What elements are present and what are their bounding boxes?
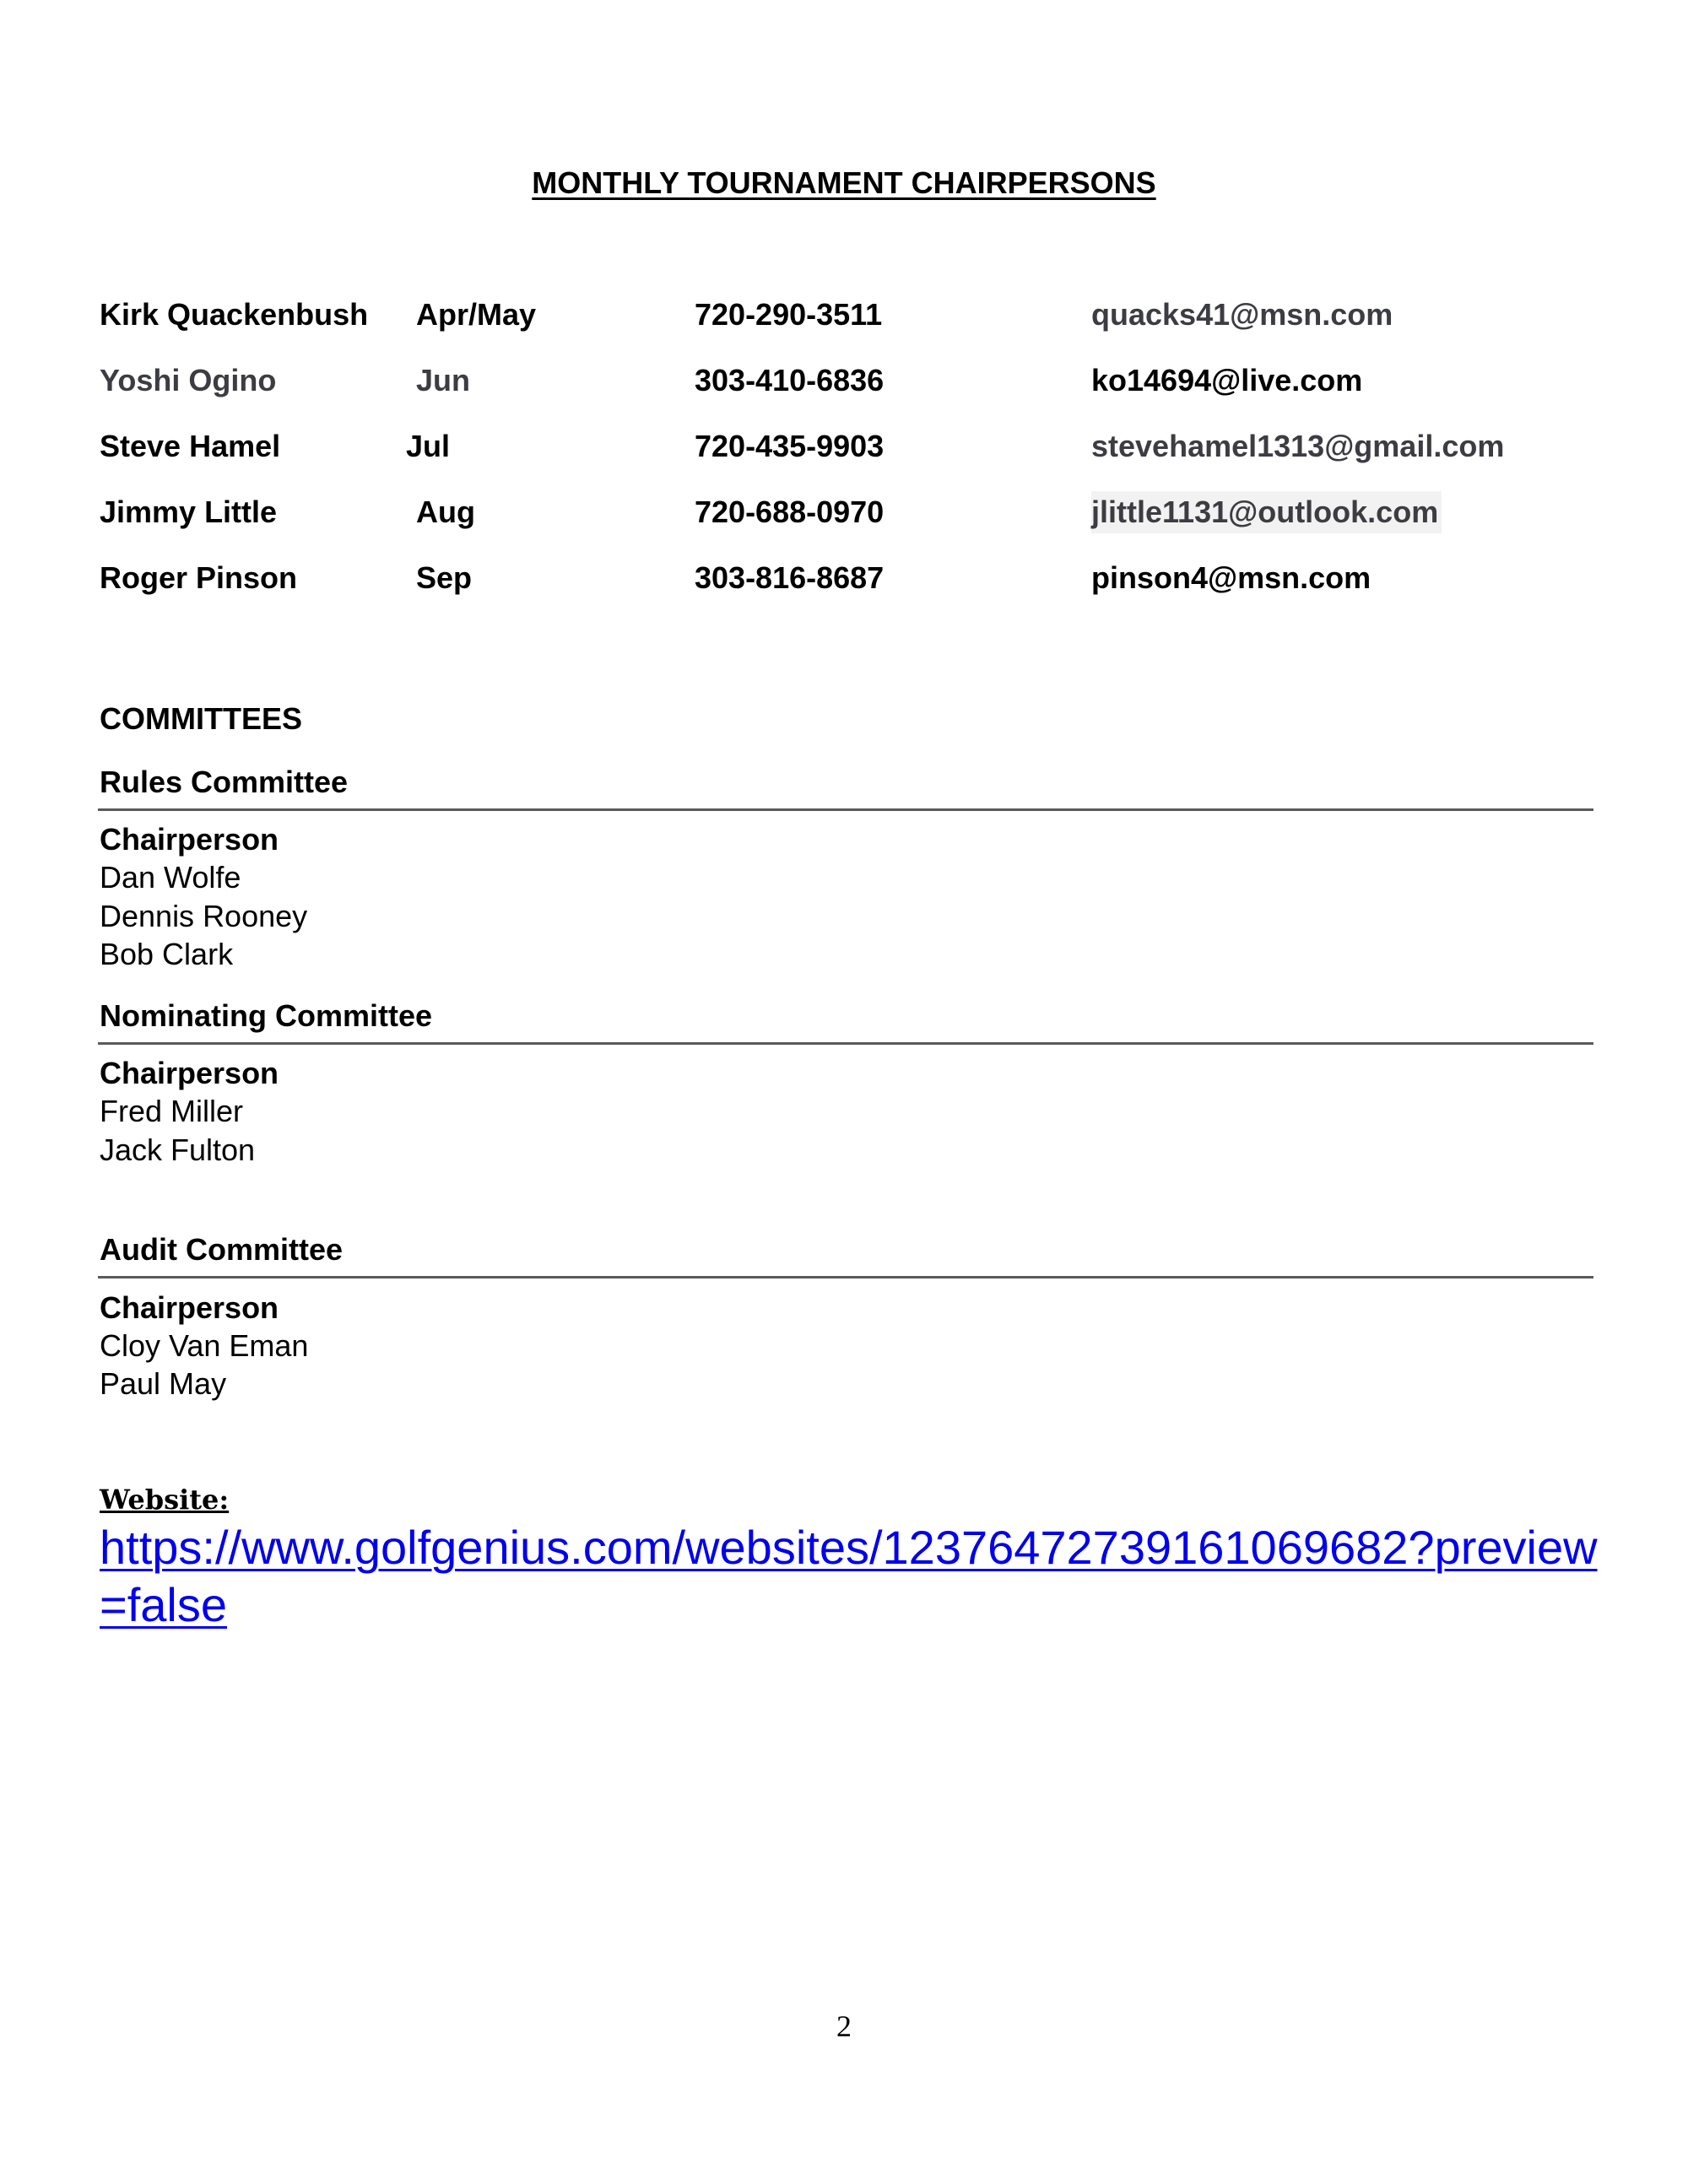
chair-phone: 720-435-9903	[695, 425, 884, 468]
chairperson-label: Chairperson	[100, 822, 279, 857]
chair-phone: 720-688-0970	[695, 491, 884, 533]
divider	[98, 808, 1593, 811]
committee-member: Jack Fulton	[100, 1133, 255, 1168]
divider	[98, 1276, 1593, 1279]
website-link[interactable]: https://www.golfgenius.com/websites/1237…	[100, 1519, 1619, 1634]
chair-email[interactable]: quacks41@msn.com	[1091, 294, 1393, 336]
page-title: MONTHLY TOURNAMENT CHAIRPERSONS	[0, 165, 1688, 201]
committee-name: Audit Committee	[100, 1232, 343, 1268]
chair-month: Sep	[416, 557, 472, 599]
chair-month: Jun	[416, 359, 470, 402]
committee-member: Fred Miller	[100, 1094, 243, 1129]
chair-phone: 720-290-3511	[695, 294, 882, 336]
committee-name: Nominating Committee	[100, 998, 432, 1034]
chair-month: Apr/May	[416, 294, 536, 336]
chair-name: Yoshi Ogino	[100, 359, 276, 402]
committee-name: Rules Committee	[100, 765, 348, 800]
committee-member: Dennis Rooney	[100, 899, 307, 934]
chairperson-row: Roger Pinson Sep 303-816-8687 pinson4@ms…	[0, 557, 1688, 599]
chairperson-row: Kirk Quackenbush Apr/May 720-290-3511 qu…	[0, 294, 1688, 336]
chair-email[interactable]: pinson4@msn.com	[1091, 557, 1371, 599]
committee-member: Dan Wolfe	[100, 860, 241, 895]
page-number: 2	[0, 2008, 1688, 2044]
chair-phone: 303-816-8687	[695, 557, 884, 599]
chair-name: Steve Hamel	[100, 425, 280, 468]
chair-month: Jul	[406, 425, 450, 468]
page-title-text: MONTHLY TOURNAMENT CHAIRPERSONS	[532, 165, 1155, 200]
committee-member: Paul May	[100, 1366, 226, 1402]
chairperson-row: Yoshi Ogino Jun 303-410-6836 ko14694@liv…	[0, 359, 1688, 402]
chair-email[interactable]: jlittle1131@outlook.com	[1091, 491, 1442, 533]
chair-name: Kirk Quackenbush	[100, 294, 368, 336]
chair-month: Aug	[416, 491, 475, 533]
chair-name: Jimmy Little	[100, 491, 277, 533]
chair-email[interactable]: stevehamel1313@gmail.com	[1091, 425, 1504, 468]
committees-heading: COMMITTEES	[100, 701, 302, 737]
chair-email[interactable]: ko14694@live.com	[1091, 359, 1362, 402]
committee-member: Cloy Van Eman	[100, 1328, 308, 1364]
divider	[98, 1042, 1593, 1045]
website-label: Website:	[100, 1484, 229, 1516]
chair-phone: 303-410-6836	[695, 359, 884, 402]
chairperson-label: Chairperson	[100, 1290, 279, 1326]
committee-member: Bob Clark	[100, 937, 233, 972]
chair-name: Roger Pinson	[100, 557, 297, 599]
chairperson-label: Chairperson	[100, 1056, 279, 1091]
chairperson-row: Steve Hamel Jul 720-435-9903 stevehamel1…	[0, 425, 1688, 468]
chairperson-row: Jimmy Little Aug 720-688-0970 jlittle113…	[0, 491, 1688, 533]
